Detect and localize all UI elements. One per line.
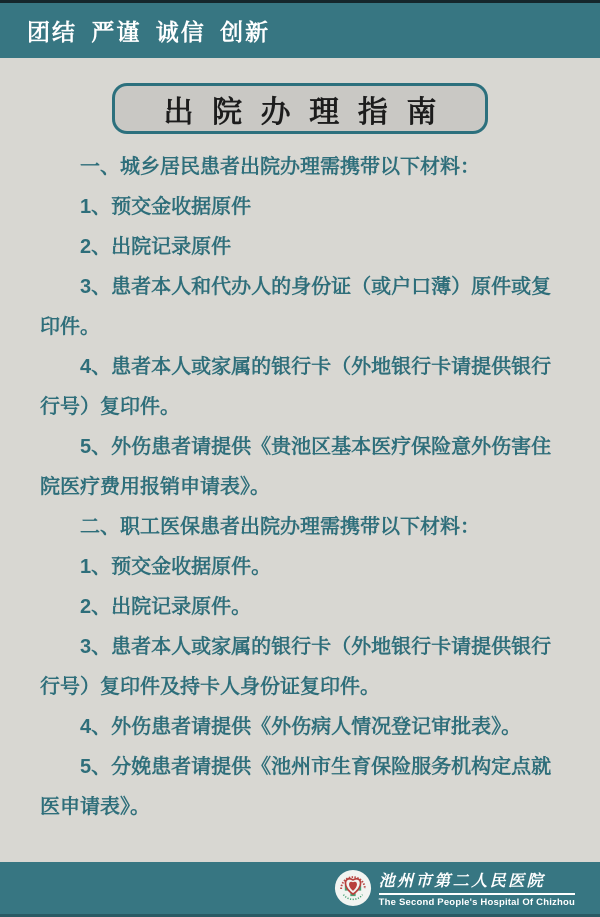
motto-text: 团结 严谨 诚信 创新	[27, 14, 270, 47]
list-item: 5、外伤患者请提供《贵池区基本医疗保险意外伤害住院医疗费用报销申请表》。	[40, 427, 560, 507]
page-title: 出院办理指南	[145, 87, 455, 131]
list-item: 3、患者本人和代办人的身份证（或户口薄）原件或复印件。	[40, 267, 560, 347]
hospital-names: 池州市第二人民医院 The Second People's Hospital O…	[379, 868, 575, 908]
brand-divider	[379, 893, 575, 895]
instructions-block: 一、城乡居民患者出院办理需携带以下材料： 1、预交金收据原件 2、出院记录原件 …	[0, 147, 600, 827]
list-item: 2、出院记录原件	[40, 227, 560, 267]
section-2-heading: 二、职工医保患者出院办理需携带以下材料：	[40, 507, 560, 547]
poster-content: 出院办理指南 一、城乡居民患者出院办理需携带以下材料： 1、预交金收据原件 2、…	[0, 58, 600, 862]
discharge-guide-poster: 团结 严谨 诚信 创新 出院办理指南 一、城乡居民患者出院办理需携带以下材料： …	[0, 0, 600, 917]
title-box: 出院办理指南	[112, 83, 488, 134]
list-item: 2、出院记录原件。	[40, 587, 560, 627]
hospital-name-zh: 池州市第二人民医院	[379, 868, 575, 891]
list-item: 4、患者本人或家属的银行卡（外地银行卡请提供银行行号）复印件。	[40, 347, 560, 427]
list-item: 5、分娩患者请提供《池州市生育保险服务机构定点就医申请表》。	[40, 747, 560, 827]
list-item: 1、预交金收据原件	[40, 187, 560, 227]
section-1-heading: 一、城乡居民患者出院办理需携带以下材料：	[40, 147, 560, 187]
list-item: 4、外伤患者请提供《外伤病人情况登记审批表》。	[40, 707, 560, 747]
list-item: 3、患者本人或家属的银行卡（外地银行卡请提供银行行号）复印件及持卡人身份证复印件…	[40, 627, 560, 707]
footer-bar: 池州市第二人民医院 The Second People's Hospital O…	[0, 862, 600, 917]
list-item: 1、预交金收据原件。	[40, 547, 560, 587]
hospital-brand: 池州市第二人民医院 The Second People's Hospital O…	[334, 868, 575, 908]
hospital-name-en: The Second People's Hospital Of Chizhou	[379, 897, 575, 908]
top-motto-bar: 团结 严谨 诚信 创新	[0, 0, 600, 58]
hospital-heart-cross-logo-icon	[334, 869, 372, 907]
